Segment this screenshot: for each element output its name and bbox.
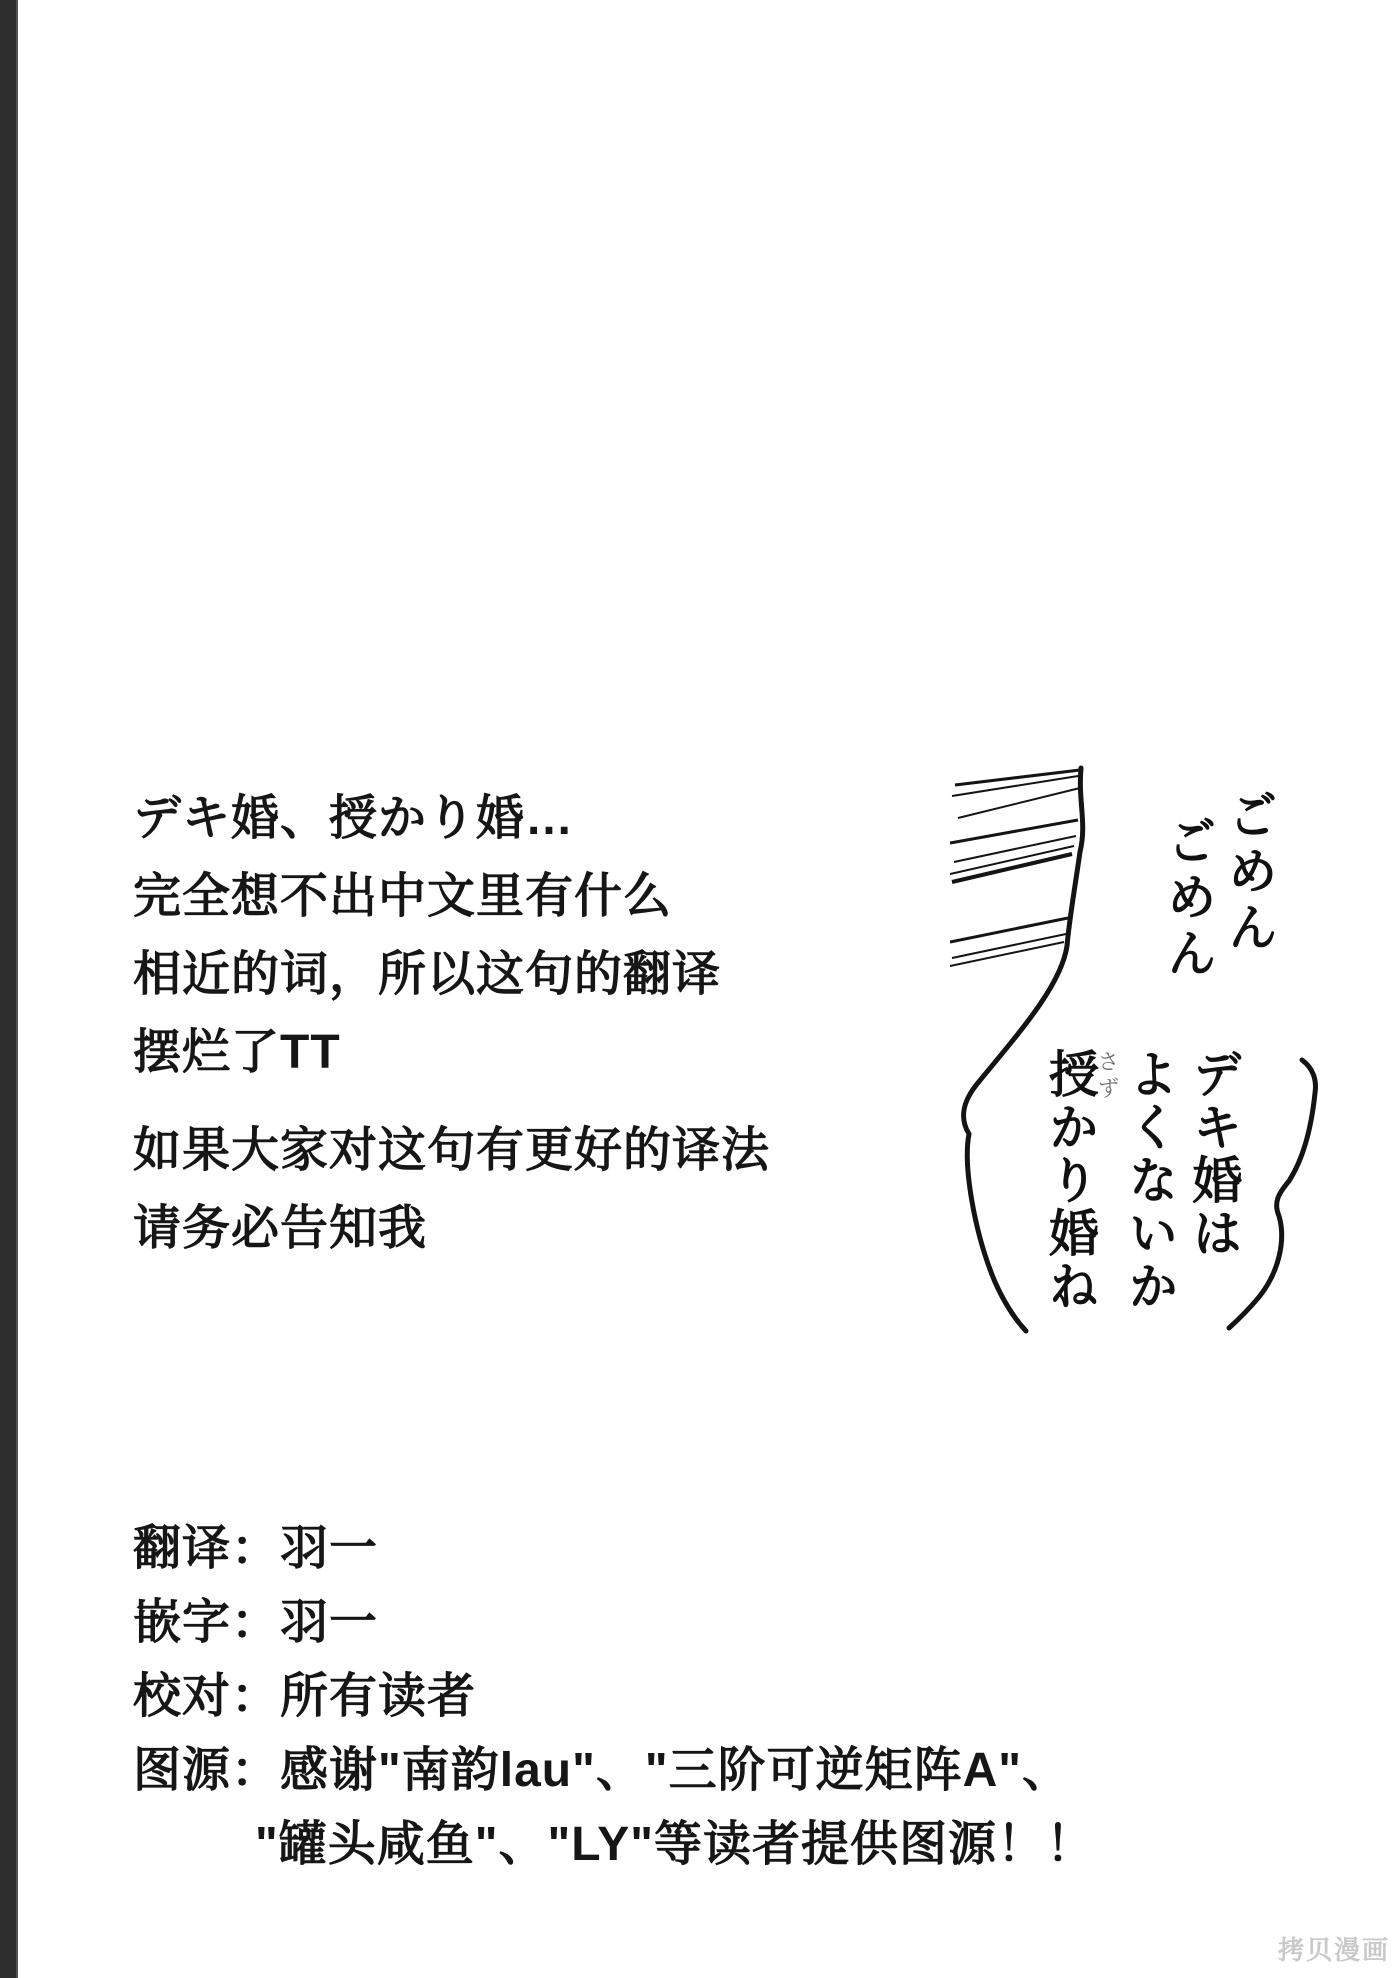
speech-bubble-text-gomen-1: ごめん xyxy=(1224,789,1274,957)
bubble-column-3: 授さずかり婚ね xyxy=(1038,1048,1118,1313)
bubble-column-3-rest: かり婚ね xyxy=(1041,1101,1100,1313)
furigana-ruby: 授さず xyxy=(1041,1048,1100,1101)
note-line: 如果大家对这句有更好的译法 xyxy=(133,1112,770,1190)
speech-bubble-text-main: デキ婚は よくないか 授さずかり婚ね xyxy=(1038,1048,1246,1313)
speech-bubble-text-gomen-2: ごめん xyxy=(1163,815,1213,983)
credit-line-translator: 翻译：羽一 xyxy=(133,1512,1095,1586)
note-line: 摆烂了TT xyxy=(133,1014,721,1092)
page-left-border-strip xyxy=(0,0,18,1978)
translator-note-paragraph-1: デキ婚、授かり婚… 完全想不出中文里有什么 相近的词，所以这句的翻译 摆烂了TT xyxy=(133,780,721,1092)
note-line: 相近的词，所以这句的翻译 xyxy=(133,936,721,1014)
ruby-base: 授 xyxy=(1041,1048,1100,1101)
site-watermark: 拷贝漫画 xyxy=(1278,1930,1390,1967)
credit-line-raw-provider: 图源：感谢"南韵lau"、"三阶可逆矩阵A"、 xyxy=(133,1734,1095,1808)
note-line: 请务必告知我 xyxy=(133,1190,770,1268)
translator-note-paragraph-2: 如果大家对这句有更好的译法 请务必告知我 xyxy=(133,1112,770,1268)
note-line: 完全想不出中文里有什么 xyxy=(133,858,721,936)
bubble-column-1: デキ婚は xyxy=(1182,1048,1246,1313)
credit-line-raw-provider-2: "罐头咸鱼"、"LY"等读者提供图源！！ xyxy=(133,1808,1095,1882)
note-line: デキ婚、授かり婚… xyxy=(133,780,721,858)
bubble-column-2: よくないか xyxy=(1118,1048,1182,1313)
credits-block: 翻译：羽一 嵌字：羽一 校对：所有读者 图源：感谢"南韵lau"、"三阶可逆矩阵… xyxy=(133,1512,1095,1882)
speed-lines-hatching xyxy=(950,770,1080,966)
credit-line-proofreader: 校对：所有读者 xyxy=(133,1660,1095,1734)
credit-line-typesetter: 嵌字：羽一 xyxy=(133,1586,1095,1660)
ruby-text: さず xyxy=(1094,1048,1119,1101)
